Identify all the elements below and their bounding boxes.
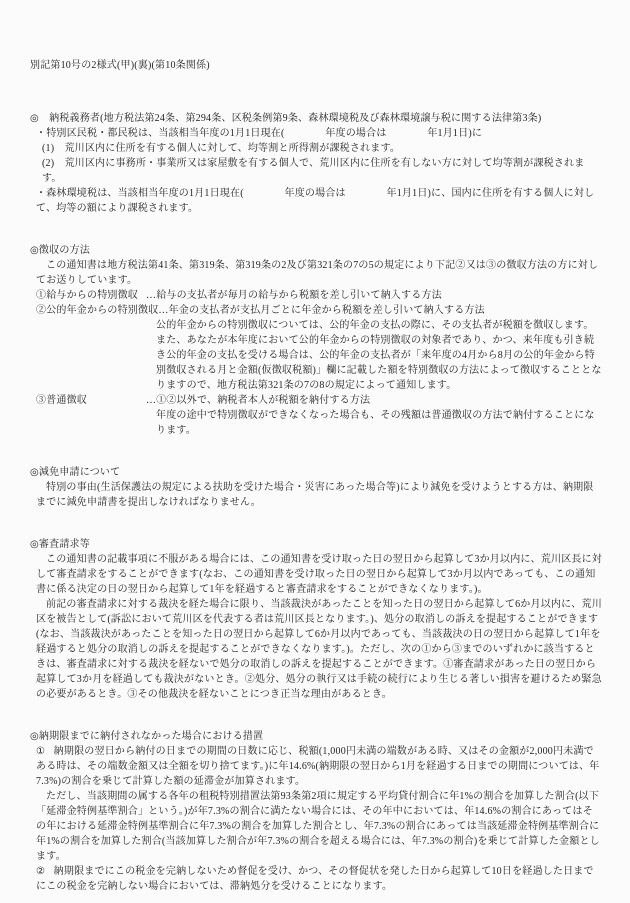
section-overdue-measures: ◎納期限までに納付されなかった場合における措置 ①納期限の翌日から納付の日までの… bbox=[30, 729, 602, 894]
overdue-item-1-proviso: ただし、当該期間の属する各年の租税特別措置法第93条第2項に規定する平均貸付割合… bbox=[36, 789, 602, 864]
overdue-item-1: ①納期限の翌日から納付の日までの期間の日数に応じ、税額(1,000円未満の端数が… bbox=[36, 744, 602, 789]
collection-item-salary: ①給与からの特別徴収 …給与の支払者が毎月の給与から税額を差し引いて納入する方法 bbox=[36, 288, 602, 303]
taxpayer-case-1: (1) 荒川区内に住所を有する個人に対して、均等割と所得割が課税されます。 bbox=[30, 141, 602, 156]
tax-notice-back-page: 別記第10号の2様式(甲)(裏)(第10条関係) ◎ 納税義務者(地方税法第24… bbox=[0, 0, 630, 903]
collection-item-note: 公的年金からの特別徴収については、公的年金の支払の際に、その支払者が税額を徴収し… bbox=[156, 318, 602, 393]
appeal-paragraph-2: 前記の審査請求に対する裁決を経た場合に限り、当該裁決があったことを知った日の翌日… bbox=[30, 597, 602, 702]
collection-item-label: ②公的年金からの特別徴収 bbox=[36, 303, 158, 318]
section-overdue-title: ◎納期限までに納付されなかった場合における措置 bbox=[30, 729, 602, 744]
section-collection-title: ◎徴収の方法 bbox=[30, 243, 602, 258]
collection-item-label: ③普通徴収 bbox=[36, 393, 146, 408]
taxpayer-bullet-resident-tax: ・特別区民税・都民税は、当該相当年度の1月1日現在( 年度の場合は 年1月1日)… bbox=[30, 126, 602, 141]
overdue-item-2: ②納期限までにこの税金を完納しないため督促を受け、かつ、その督促状を発した日から… bbox=[36, 864, 602, 894]
collection-item-label: ①給与からの特別徴収 bbox=[36, 288, 146, 303]
overdue-item-2-text: 納期限までにこの税金を完納しないため督促を受け、かつ、その督促状を発した日から起… bbox=[36, 866, 594, 892]
appeal-paragraph-1: この通知書の記載事項に不服がある場合には、この通知書を受け取った日の翌日から起算… bbox=[30, 552, 602, 597]
overdue-item-1-text: 納期限の翌日から納付の日までの期間の日数に応じ、税額(1,000円未満の端数があ… bbox=[36, 746, 600, 787]
collection-intro: この通知書は地方税法第41条、第319条、第319条の2及び第321条の7の5の… bbox=[30, 258, 602, 288]
collection-item-ordinary: ③普通徴収 …①②以外で、納税者本人が税額を納付する方法 bbox=[36, 393, 602, 408]
exemption-body: 特別の事由(生活保護法の規定による扶助を受けた場合・災害にあった場合等)により減… bbox=[30, 480, 602, 510]
collection-item-desc: …年金の支払者が支払月ごとに年金から税額を差し引いて納入する方法 bbox=[158, 303, 602, 318]
section-appeal: ◎審査請求等 この通知書の記載事項に不服がある場合には、この通知書を受け取った日… bbox=[30, 537, 602, 702]
circled-number-2: ② bbox=[36, 866, 54, 877]
taxpayer-bullet-forest-tax: ・森林環境税は、当該相当年度の1月1日現在( 年度の場合は 年1月1日)に、国内… bbox=[30, 186, 602, 216]
collection-item-note: 年度の途中で特別徴収ができなくなった場合も、その残額は普通徴収の方法で納付するこ… bbox=[156, 408, 602, 438]
form-number-label: 別記第10号の2様式(甲)(裏)(第10条関係) bbox=[30, 58, 602, 73]
collection-item-desc: …給与の支払者が毎月の給与から税額を差し引いて納入する方法 bbox=[146, 288, 602, 303]
circled-number-1: ① bbox=[36, 746, 54, 757]
section-exemption-title: ◎減免申請について bbox=[30, 465, 602, 480]
section-collection-method: ◎徴収の方法 この通知書は地方税法第41条、第319条、第319条の2及び第32… bbox=[30, 243, 602, 438]
taxpayer-case-2: (2) 荒川区内に事務所・事業所又は家屋敷を有する個人で、荒川区内に住所を有しな… bbox=[30, 156, 602, 186]
collection-item-desc: …①②以外で、納税者本人が税額を納付する方法 bbox=[146, 393, 602, 408]
section-taxpayer: ◎ 納税義務者(地方税法第24条、第294条、区税条例第9条、森林環境税及び森林… bbox=[30, 111, 602, 216]
section-appeal-title: ◎審査請求等 bbox=[30, 537, 602, 552]
section-exemption: ◎減免申請について 特別の事由(生活保護法の規定による扶助を受けた場合・災害にあ… bbox=[30, 465, 602, 510]
collection-item-pension: ②公的年金からの特別徴収 …年金の支払者が支払月ごとに年金から税額を差し引いて納… bbox=[36, 303, 602, 318]
section-taxpayer-title: ◎ 納税義務者(地方税法第24条、第294条、区税条例第9条、森林環境税及び森林… bbox=[30, 111, 602, 126]
